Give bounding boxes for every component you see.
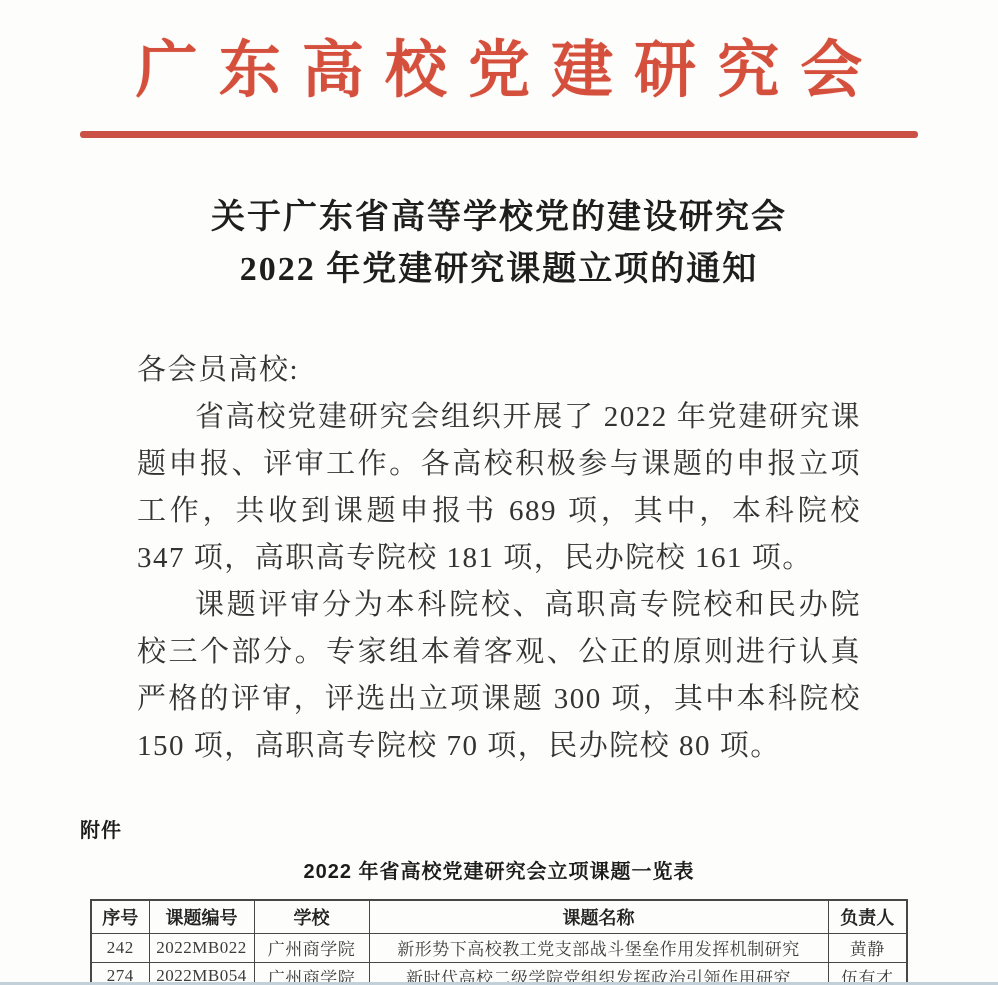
col-header-leader: 负责人: [828, 900, 907, 933]
cell-seq: 242: [91, 933, 149, 962]
table-header-row: 序号 课题编号 学校 课题名称 负责人: [91, 900, 907, 933]
attachment-label: 附件: [80, 814, 998, 843]
col-header-seq: 序号: [91, 900, 149, 933]
red-divider: [80, 131, 918, 138]
cell-school: 广州商学院: [254, 933, 369, 962]
notice-paragraph-2: 课题评审分为本科院校、高职高专院校和民办院校三个部分。专家组本着客观、公正的原则…: [137, 582, 861, 770]
notice-title: 关于广东省高等学校党的建设研究会 2022 年党建研究课题立项的通知: [0, 192, 998, 297]
notice-document-page: 广东高校党建研究会 关于广东省高等学校党的建设研究会 2022 年党建研究课题立…: [0, 0, 998, 985]
notice-title-line-1: 关于广东省高等学校党的建设研究会: [0, 192, 998, 245]
cell-leader: 黄静: [828, 933, 907, 962]
col-header-project-name: 课题名称: [369, 900, 828, 933]
cell-project-name: 新形势下高校教工党支部战斗堡垒作用发挥机制研究: [369, 933, 828, 962]
col-header-school: 学校: [254, 900, 369, 933]
notice-paragraph-1: 省高校党建研究会组织开展了 2022 年党建研究课题申报、评审工作。各高校积极参…: [137, 394, 861, 582]
cell-project-code: 2022MB022: [149, 933, 254, 962]
attachment-table-title: 2022 年省高校党建研究会立项课题一览表: [0, 855, 998, 884]
col-header-project-code: 课题编号: [149, 900, 254, 933]
projects-table: 序号 课题编号 学校 课题名称 负责人 242 2022MB022 广州商学院 …: [90, 899, 908, 985]
notice-title-line-2: 2022 年党建研究课题立项的通知: [0, 244, 998, 297]
org-name-header: 广东高校党建研究会: [0, 30, 998, 114]
salutation: 各会员高校:: [137, 347, 861, 394]
table-row: 242 2022MB022 广州商学院 新形势下高校教工党支部战斗堡垒作用发挥机…: [91, 933, 907, 962]
notice-body: 各会员高校: 省高校党建研究会组织开展了 2022 年党建研究课题申报、评审工作…: [137, 347, 861, 770]
